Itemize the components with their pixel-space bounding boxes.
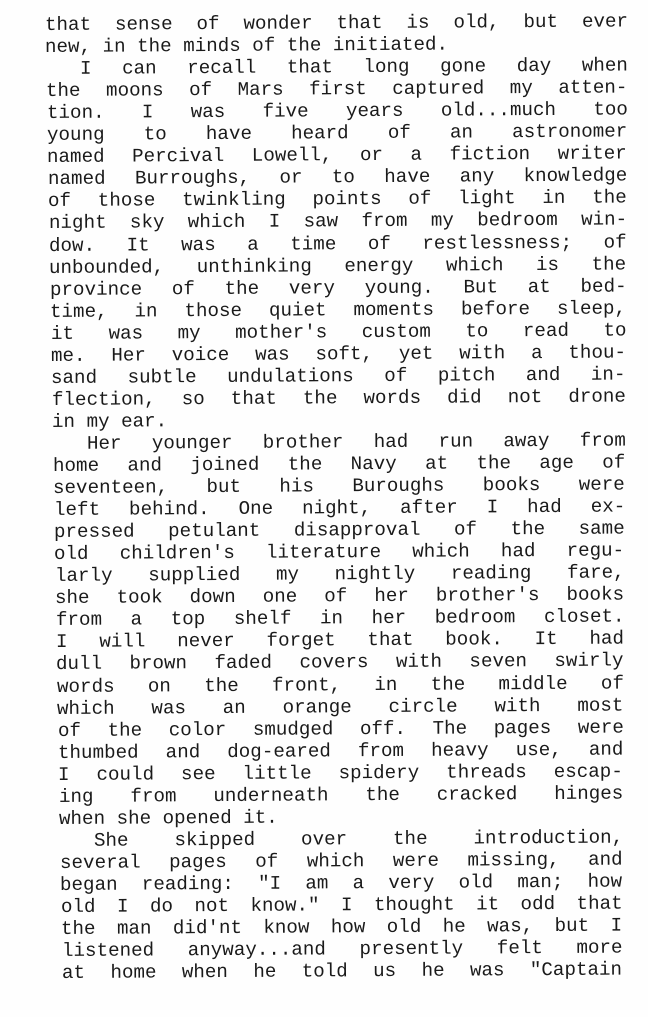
text-line: night sky which I saw from my bedroom wi…	[48, 209, 626, 235]
text-line: at home when he told us he was "Captain	[62, 959, 622, 984]
text-line: several pages of which were missing, and	[60, 848, 623, 873]
text-line: in my ear.	[52, 410, 167, 433]
text-line: words on the front, in the middle of	[57, 672, 624, 697]
text-line: time, in those quiet moments before slee…	[50, 297, 626, 323]
text-line: that sense of wonder that is old, but ev…	[45, 10, 628, 36]
text-line: province of the very young. But at bed-	[50, 275, 627, 301]
text-line: flection, so that the words did not dron…	[52, 385, 626, 411]
text-line: which was an orange circle with most	[57, 694, 624, 719]
text-line: dull brown faded covers with seven swirl…	[56, 650, 624, 675]
scanned-document-page: that sense of wonder that is old, but ev…	[0, 0, 648, 1017]
text-line: of the color smudged off. The pages were	[58, 716, 624, 741]
text-line: unbounded, unthinking energy which is th…	[49, 253, 626, 279]
text-line: dow. It was a time of restlessness; of	[49, 231, 627, 257]
text-line: thumbed and dog-eared from heavy use, an…	[58, 738, 623, 763]
text-line: ing from underneath the cracked hinges	[59, 782, 623, 807]
text-line: I could see little spidery threads escap…	[58, 760, 623, 785]
text-line: it was my mother's custom to read to	[50, 319, 626, 345]
text-line: when she opened it.	[59, 806, 278, 829]
text-line: new, in the minds of the initiated.	[45, 34, 448, 58]
text-line: She skipped over the introduction,	[60, 826, 623, 851]
text-line: sand subtle undulations of pitch and in-	[51, 363, 626, 389]
text-line: me. Her voice was soft, yet with a thou-	[51, 341, 626, 367]
